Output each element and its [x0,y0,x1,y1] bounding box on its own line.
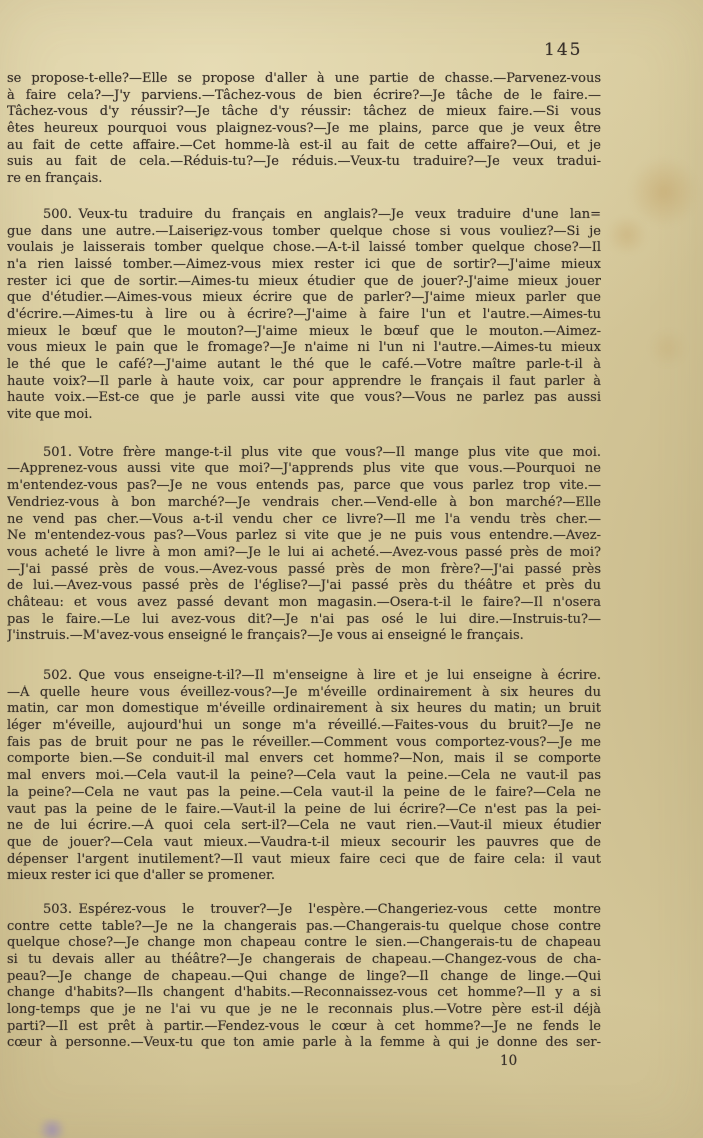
text-line: peau?—Je change de chapeau.—Qui change d… [7,969,601,986]
text-line: de lui.—Avez-vous passé près de l'église… [7,578,601,595]
text-line: gue dans une autre.—Laiseriez-vous tombe… [7,224,601,241]
text-line: —Apprenez-vous aussi vite que moi?—J'app… [7,461,601,478]
signature-mark: 10 [500,1053,517,1069]
text-line: —J'ai passé près de vous.—Avez-vous pass… [7,562,601,579]
text-line: le thé que le café?—J'aime autant le thé… [7,357,601,374]
text-line: re en français. [7,171,601,188]
text-line: Ne m'entendez-vous pas?—Vous parlez si v… [7,528,601,545]
text-line: haute voix.—Est-ce que je parle aussi vi… [7,390,601,407]
text-line: que d'étudier.—Aimes-vous mieux écrire q… [7,290,601,307]
text-line: Vendriez-vous à bon marché?—Je vendrais … [7,495,601,512]
text-line: ne vend pas cher.—Vous a-t-il vendu cher… [7,512,601,529]
text-line: vaut pas la peine de le faire.—Vaut-il l… [7,802,601,819]
text-line: château: et vous avez passé devant mon m… [7,595,601,612]
foxing-stain [628,158,700,226]
text-line: voulais je laisserais tomber quelque cho… [7,240,601,257]
text-line: J'instruis.—M'avez-vous enseigné le fran… [7,628,601,645]
text-line: mieux rester ici que d'aller se promener… [7,868,601,885]
text-line: se propose-t-elle?—Elle se propose d'all… [7,71,601,88]
text-line: matin, car mon domestique m'éveille ordi… [7,701,601,718]
text-line: si tu devais aller au théâtre?—Je change… [7,952,601,969]
text-line: long-temps que je ne l'ai vu que je ne l… [7,1002,601,1019]
book-page: 145 se propose-t-elle?—Elle se propose d… [0,0,703,1138]
ink-speck [214,233,218,237]
text-line: mieux le bœuf que le mouton?—J'aime mieu… [7,324,601,341]
text-line: 502. Que vous enseigne-t-il?—Il m'enseig… [7,668,601,685]
text-line: léger m'éveille, aujourd'hui un songe m'… [7,718,601,735]
text-line: 503. Espérez-vous le trouver?—Je l'espèr… [7,902,601,919]
text-line: ne de lui écrire.—À quoi cela sert-il?—C… [7,818,601,835]
text-line: mal envers moi.—Cela vaut-il la peine?—C… [7,768,601,785]
text-line: d'écrire.—Aimes-tu à lire ou à écrire?—J… [7,307,601,324]
text-line: m'entendez-vous pas?—Je ne vous entends … [7,478,601,495]
text-line: à faire cela?—J'y parviens.—Tâchez-vous … [7,88,601,105]
text-line: contre cette table?—Je ne la changerais … [7,919,601,936]
text-line: au fait de cette affaire.—Cet homme-là e… [7,138,601,155]
text-line: suis au fait de cela.—Réduis-tu?—Je rédu… [7,154,601,171]
paragraph-continuation: se propose-t-elle?—Elle se propose d'all… [7,71,601,188]
text-line: vite que moi. [7,407,601,424]
text-line: fais pas de bruit pour ne pas le réveill… [7,735,601,752]
text-line: comporte bien.—Se conduit-il mal envers … [7,751,601,768]
text-line: rester ici que de sortir.—Aimes-tu mieux… [7,274,601,291]
text-line: quelque chose?—Je change mon chapeau con… [7,935,601,952]
paragraph-502: 502. Que vous enseigne-t-il?—Il m'enseig… [7,668,601,885]
foxing-stain [648,330,688,366]
text-line: que de jouer?—Cela vaut mieux.—Vaudra-t-… [7,835,601,852]
paragraph-500: 500. Veux-tu traduire du français en ang… [7,207,601,424]
page-number: 145 [544,40,582,60]
text-line: n'a rien laissé tomber.—Aimez-vous miex … [7,257,601,274]
text-line: cœur à personne.—Veux-tu que ton amie pa… [7,1035,601,1052]
text-block: se propose-t-elle?—Elle se propose d'all… [7,71,601,1052]
text-line: 501. Votre frère mange-t-il plus vite qu… [7,445,601,462]
paragraph-503: 503. Espérez-vous le trouver?—Je l'espèr… [7,902,601,1052]
text-line: parti?—Il est prêt à partir.—Fendez-vous… [7,1019,601,1036]
text-line: haute voix?—Il parle à haute voix, car p… [7,374,601,391]
text-line: 500. Veux-tu traduire du français en ang… [7,207,601,224]
text-line: change d'habits?—Ils changent d'habits.—… [7,985,601,1002]
ink-smudge [36,1119,68,1138]
text-line: vous mieux le pain que le fromage?—Je n'… [7,340,601,357]
text-line: Tâchez-vous d'y réussir?—Je tâche d'y ré… [7,104,601,121]
paragraph-501: 501. Votre frère mange-t-il plus vite qu… [7,445,601,645]
text-line: êtes heureux pourquoi vous plaignez-vous… [7,121,601,138]
text-line: la peine?—Cela ne vaut pas la peine.—Cel… [7,785,601,802]
foxing-stain [604,218,650,252]
text-line: —À quelle heure vous éveillez-vous?—Je m… [7,685,601,702]
text-line: dépenser l'argent inutilement?—Il vaut m… [7,852,601,869]
text-line: pas le faire.—Le lui avez-vous dit?—Je n… [7,612,601,629]
text-line: vous acheté le livre à mon ami?—Je le lu… [7,545,601,562]
